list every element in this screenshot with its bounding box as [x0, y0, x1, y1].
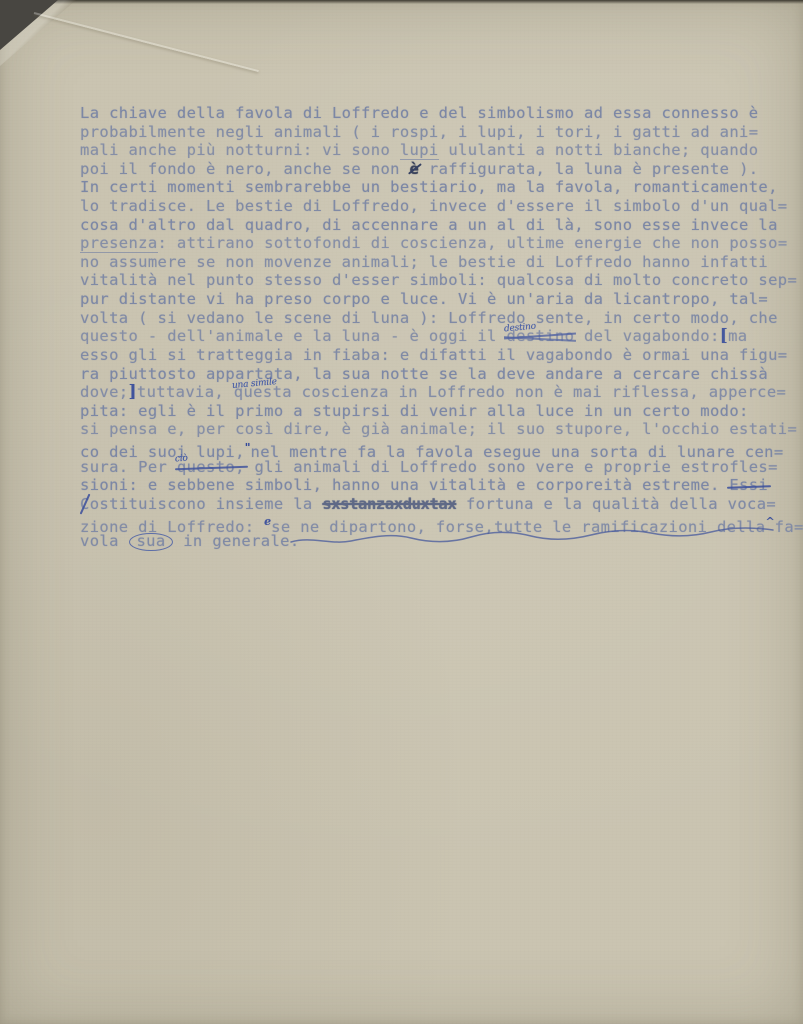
- typed-text: questo,: [177, 458, 245, 476]
- typed-text: ostituiscono insieme la: [90, 495, 323, 513]
- handwritten-pen-mark: [: [720, 326, 728, 346]
- typed-text: fortuna e la qualità della voca=: [456, 495, 776, 513]
- typed-text: è: [410, 160, 420, 178]
- typed-text: vola: [80, 532, 128, 550]
- typed-line: volta ( si vedano le scene di luna ): Lo…: [80, 309, 783, 328]
- typed-line: sioni: e sebbene simboli, hanno una vita…: [80, 476, 783, 495]
- typed-text: sua: [129, 533, 172, 551]
- typed-text: vitalità nel punto stesso d'esser simbol…: [80, 271, 797, 289]
- typed-text: pur distante vi ha preso corpo e luce. V…: [80, 290, 768, 308]
- typed-text: del vagabondo:: [574, 327, 719, 345]
- typed-text: dove;: [80, 383, 128, 401]
- typed-line: sura. Per ciòquesto, gli animali di Loff…: [80, 458, 783, 477]
- annotated-word: una similequesta: [234, 383, 292, 402]
- typed-text: In certi momenti sembrarebbe un bestiari…: [80, 178, 778, 196]
- typed-line: poi il fondo è nero, anche se non è raff…: [80, 160, 783, 179]
- typed-line: esso gli si tratteggia in fiaba: e difat…: [80, 346, 783, 365]
- typed-line: si pensa e, per così dire, è già animale…: [80, 420, 783, 439]
- typed-text: presenza: [80, 234, 158, 253]
- typed-text: poi il fondo è nero, anche se non: [80, 160, 410, 178]
- typed-text: esso gli si tratteggia in fiaba: e difat…: [80, 346, 788, 364]
- typed-text: questo - dell'animale e la luna - è oggi…: [80, 327, 506, 345]
- typed-text: mali anche più notturni: vi sono: [80, 141, 400, 159]
- typed-text: C: [80, 495, 90, 513]
- typed-line: presenza: attirano sottofondi di coscien…: [80, 234, 783, 253]
- typed-line: dove;]tuttavia, una similequesta coscien…: [80, 383, 783, 402]
- annotated-word: ciòquesto,: [177, 458, 245, 477]
- typed-text: La chiave della favola di Loffredo e del…: [80, 104, 758, 122]
- typed-line: La chiave della favola di Loffredo e del…: [80, 104, 783, 123]
- typed-line: no assumere se non movenze animali; le b…: [80, 253, 783, 272]
- typed-line: In certi momenti sembrarebbe un bestiari…: [80, 178, 783, 197]
- typed-text: ululanti a notti bianche; quando: [439, 141, 759, 159]
- handwritten-pen-mark: ": [245, 441, 251, 454]
- typed-line: vitalità nel punto stesso d'esser simbol…: [80, 271, 783, 290]
- typed-text: pita: egli è il primo a stupirsi di veni…: [80, 402, 749, 420]
- typed-text: sioni: e sebbene simboli, hanno una vita…: [80, 476, 729, 494]
- typed-text: sura. Per: [80, 458, 177, 476]
- typed-text: questa: [234, 383, 292, 401]
- typed-line: cosa d'altro dal quadro, di accennare a …: [80, 216, 783, 235]
- annotated-word: destinodestino: [506, 327, 574, 346]
- scanned-typewritten-page: { "document": { "kind": "typewritten man…: [0, 0, 803, 1024]
- typed-line: pita: egli è il primo a stupirsi di veni…: [80, 402, 783, 421]
- typed-line: ra piuttosto appartata, la sua notte se …: [80, 365, 783, 384]
- typed-text: si pensa e, per così dire, è già animale…: [80, 420, 797, 438]
- typed-text: gli animali di Loffredo sono vere e prop…: [245, 458, 778, 476]
- typed-text: volta ( si vedano le scene di luna ): Lo…: [80, 309, 778, 327]
- typed-text: in generale.: [174, 532, 300, 550]
- typed-text: raffigurata, la luna è presente ).: [419, 160, 758, 178]
- typed-text: ma: [728, 327, 747, 345]
- typed-text: tuttavia,: [137, 383, 234, 401]
- handwritten-pen-mark: ]: [128, 382, 136, 402]
- pen-flourish-line: [286, 521, 786, 551]
- paper-top-edge-shadow: [38, 0, 803, 4]
- typed-line: pur distante vi ha preso corpo e luce. V…: [80, 290, 783, 309]
- typed-text: : attirano sottofondi di coscienza, ulti…: [158, 234, 788, 252]
- typed-line: questo - dell'animale e la luna - è oggi…: [80, 327, 783, 346]
- typed-line: Costituiscono insieme la sxstanzaxduxtax…: [80, 495, 783, 514]
- typed-text: cosa d'altro dal quadro, di accennare a …: [80, 216, 778, 234]
- typed-text: coscienza in Loffredo non è mai riflessa…: [292, 383, 786, 401]
- typed-text: ra piuttosto appartata, la sua notte se …: [80, 365, 768, 383]
- typed-text: no assumere se non movenze animali; le b…: [80, 253, 768, 271]
- typed-text: sxstanzaxduxtax: [322, 495, 456, 513]
- typed-line: probabilmente negli animali ( i rospi, i…: [80, 123, 783, 142]
- typed-text: lupi: [400, 141, 439, 160]
- typed-text: destino: [506, 327, 574, 345]
- typed-text: Essi: [729, 476, 768, 494]
- typed-line: mali anche più notturni: vi sono lupi ul…: [80, 141, 783, 160]
- typed-line: lo tradisce. Le bestie di Loffredo, inve…: [80, 197, 783, 216]
- typed-text: probabilmente negli animali ( i rospi, i…: [80, 123, 758, 141]
- typed-text: lo tradisce. Le bestie di Loffredo, inve…: [80, 197, 788, 215]
- typed-text-block: La chiave della favola di Loffredo e del…: [80, 104, 783, 551]
